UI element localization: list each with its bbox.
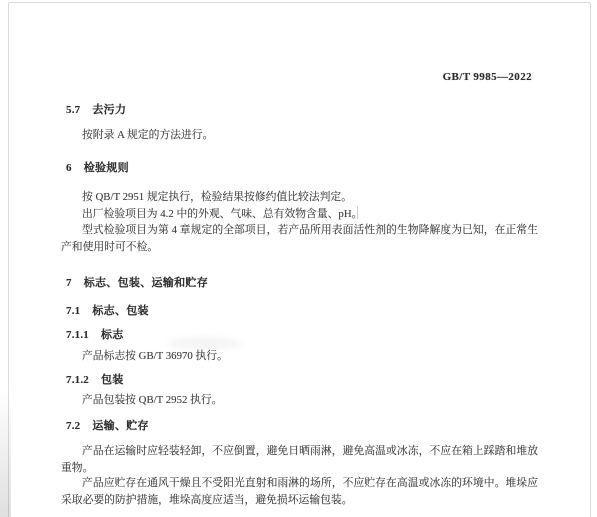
clause-number: 7.2 — [66, 420, 80, 432]
clause-heading-5-7: 5.7去污力 — [66, 101, 538, 117]
clause-number: 6 — [66, 162, 72, 174]
clause-title: 去污力 — [92, 104, 126, 116]
clause-heading-6: 6检验规则 — [66, 159, 538, 175]
clause-title: 运输、贮存 — [92, 420, 149, 432]
clause-title: 标志、包装 — [92, 305, 149, 317]
clause-title: 包装 — [101, 374, 124, 386]
paragraph-inspection-rule-1: 按 QB/T 2951 规定执行，检验结果按修约值比较法判定。 — [61, 189, 538, 206]
paragraph-storage: 产品应贮存在通风干燥且不受阳光直射和雨淋的场所，不应贮存在高温或冰冻的环境中。堆… — [61, 475, 538, 508]
standard-number-header: GB/T 9985—2022 — [443, 71, 532, 83]
clause-number: 5.7 — [66, 104, 80, 116]
paragraph-detergency-method: 按附录 A 规定的方法进行。 — [61, 127, 538, 144]
clause-heading-7-1: 7.1标志、包装 — [66, 302, 538, 318]
clause-heading-7-1-1: 7.1.1标志 — [66, 326, 538, 342]
paragraph-inspection-rule-2: 出厂检验项目为 4.2 中的外观、气味、总有效物含量、pH。 — [61, 206, 538, 223]
clause-number: 7 — [66, 277, 72, 289]
paragraph-marking: 产品标志按 GB/T 36970 执行。 — [61, 348, 538, 365]
scanned-standard-page: { "doc": { "standard_number": "GB/T 9985… — [0, 0, 597, 517]
clause-number: 7.1.2 — [66, 374, 89, 386]
clause-heading-7-1-2: 7.1.2包装 — [66, 371, 538, 387]
clause-number: 7.1 — [66, 305, 80, 317]
clause-title: 标志 — [101, 329, 124, 341]
paragraph-transport: 产品在运输时应轻装轻卸，不应倒置，避免日晒雨淋，避免高温或冰冻，不应在箱上踩踏和… — [61, 443, 538, 476]
clause-title: 标志、包装、运输和贮存 — [84, 277, 208, 289]
clause-number: 7.1.1 — [66, 329, 89, 341]
clause-title: 检验规则 — [84, 162, 129, 174]
clause-heading-7-2: 7.2运输、贮存 — [66, 417, 538, 433]
paragraph-packaging: 产品包装按 QB/T 2952 执行。 — [61, 392, 538, 409]
paragraph-inspection-rule-3: 型式检验项目为第 4 章规定的全部项目，若产品所用表面活性剂的生物降解度为已知，… — [61, 222, 538, 255]
clause-heading-7: 7标志、包装、运输和贮存 — [66, 274, 538, 290]
